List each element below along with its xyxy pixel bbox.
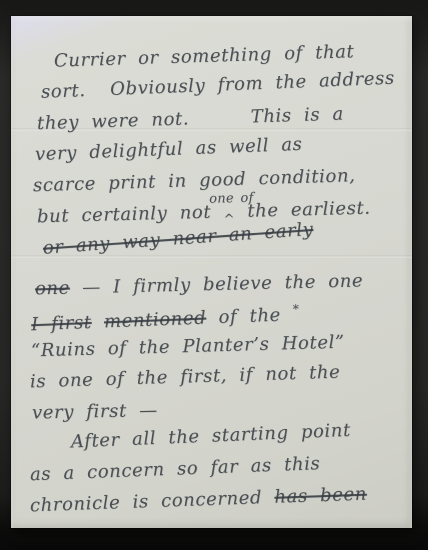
handwritten-text: chronicle is concerned bbox=[30, 487, 275, 517]
photo-background: Currier or something of thatsort. Obviou… bbox=[0, 0, 428, 550]
handwritten-text: of the bbox=[206, 304, 294, 328]
handwritten-text: very first — bbox=[32, 400, 158, 424]
handwritten-text: scarce print in good condition, bbox=[33, 165, 356, 196]
handwritten-text bbox=[91, 311, 104, 332]
handwritten-text: is one of the first, if not the bbox=[30, 362, 341, 393]
struck-text: mentioned bbox=[104, 308, 207, 333]
struck-text: has been bbox=[274, 484, 367, 508]
struck-text: I first bbox=[31, 312, 92, 335]
handwritten-text: as a concern so far as this bbox=[30, 453, 321, 485]
handwritten-text: very delightful as well as bbox=[35, 134, 303, 165]
letter-lines: Currier or something of thatsort. Obviou… bbox=[11, 16, 412, 528]
letter-page: Currier or something of thatsort. Obviou… bbox=[11, 16, 412, 528]
footnote-asterisk: * bbox=[293, 302, 300, 316]
struck-text: one bbox=[35, 278, 70, 300]
